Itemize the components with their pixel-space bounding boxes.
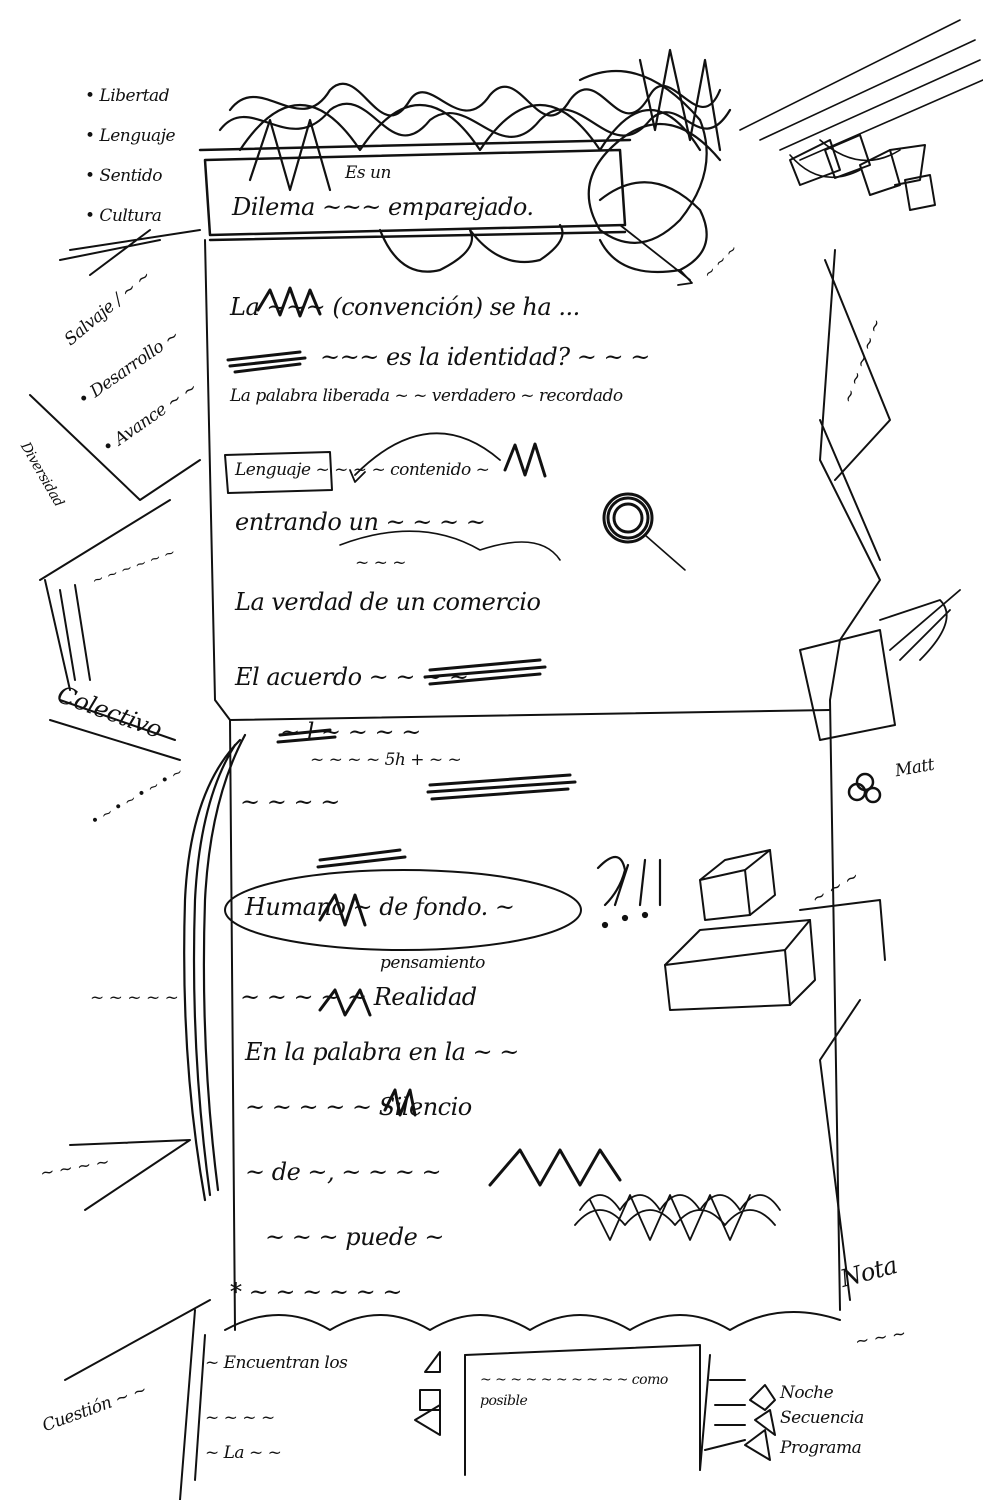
manuscript-line: ~ ~ ~ (355, 555, 406, 572)
manuscript-line: pensamiento (380, 955, 485, 972)
manuscript-line: ~ de ~, ~ ~ ~ ~ (245, 1160, 441, 1184)
title-line-2: Dilema ~~~ emparejado. (232, 195, 534, 219)
top-left-list-item: • Lenguaje (85, 128, 175, 145)
scribble-bottom (575, 1195, 780, 1240)
punctuation-doodle (598, 857, 660, 927)
margin-note-right: Programa (780, 1440, 861, 1457)
manuscript-line: La ~~~ (convención) se ha ... (230, 295, 580, 319)
manuscript-line: El acuerdo ~ ~ ~ ~ (235, 665, 468, 689)
manuscript-line: ~ ~ ~ ~ ~ Silencio (245, 1095, 472, 1119)
manuscript-page: Es un Dilema ~~~ emparejado. • Libertad … (0, 0, 983, 1500)
right-tilted-box (800, 630, 895, 740)
bottom-list-item: ~ Encuentran los (205, 1355, 347, 1372)
scribble-right-middle (880, 590, 960, 660)
manuscript-line: ~~~ es la identidad? ~ ~ ~ (320, 345, 650, 369)
left-margin-frames (30, 230, 210, 1500)
top-left-list-item: • Sentido (85, 168, 162, 185)
manuscript-line: ~ ~ ~ ~ ~ Realidad (240, 985, 477, 1009)
top-left-list-item: • Cultura (85, 208, 161, 225)
hatching-top-right (740, 20, 983, 177)
manuscript-line: Lenguaje ~ ~ ~ ~ contenido ~ (235, 462, 489, 479)
circled-phrase: Humano ~ de fondo. ~ (245, 895, 514, 919)
title-box-frame (200, 140, 630, 240)
left-sweep-curve (184, 735, 245, 1200)
manuscript-line: ~ ~ ~ puede ~ (265, 1225, 444, 1249)
title-line-1: Es un (345, 165, 391, 182)
boxes-doodle (665, 850, 815, 1010)
bottom-box-text: ~ ~ ~ ~ ~ ~ ~ ~ ~ ~ como posible (480, 1370, 690, 1412)
manuscript-line: entrando un ~ ~ ~ ~ (235, 510, 485, 534)
blob-cluster (849, 774, 880, 802)
manuscript-line: * ~ ~ ~ ~ ~ ~ (230, 1280, 402, 1304)
manuscript-line: La palabra liberada ~ ~ verdadero ~ reco… (230, 388, 623, 405)
manuscript-line: La verdad de un comercio (235, 590, 540, 614)
margin-note-left: ~ ~ ~ ~ ~ (90, 990, 178, 1007)
margin-note-right: Secuencia (780, 1410, 864, 1427)
manuscript-line: ~ ~ ~ ~ (240, 790, 340, 814)
top-left-list-item: • Libertad (85, 88, 169, 105)
manuscript-line: ~ l ~ ~ ~ ~ (280, 720, 421, 744)
bottom-list-item: ~ La ~ ~ (205, 1445, 281, 1462)
manuscript-line: En la palabra en la ~ ~ (245, 1040, 519, 1064)
bottom-list-item: ~ ~ ~ ~ (205, 1410, 275, 1427)
manuscript-line: ~ ~ ~ ~ 5h + ~ ~ (310, 752, 461, 769)
margin-note-right: Noche (780, 1385, 833, 1402)
